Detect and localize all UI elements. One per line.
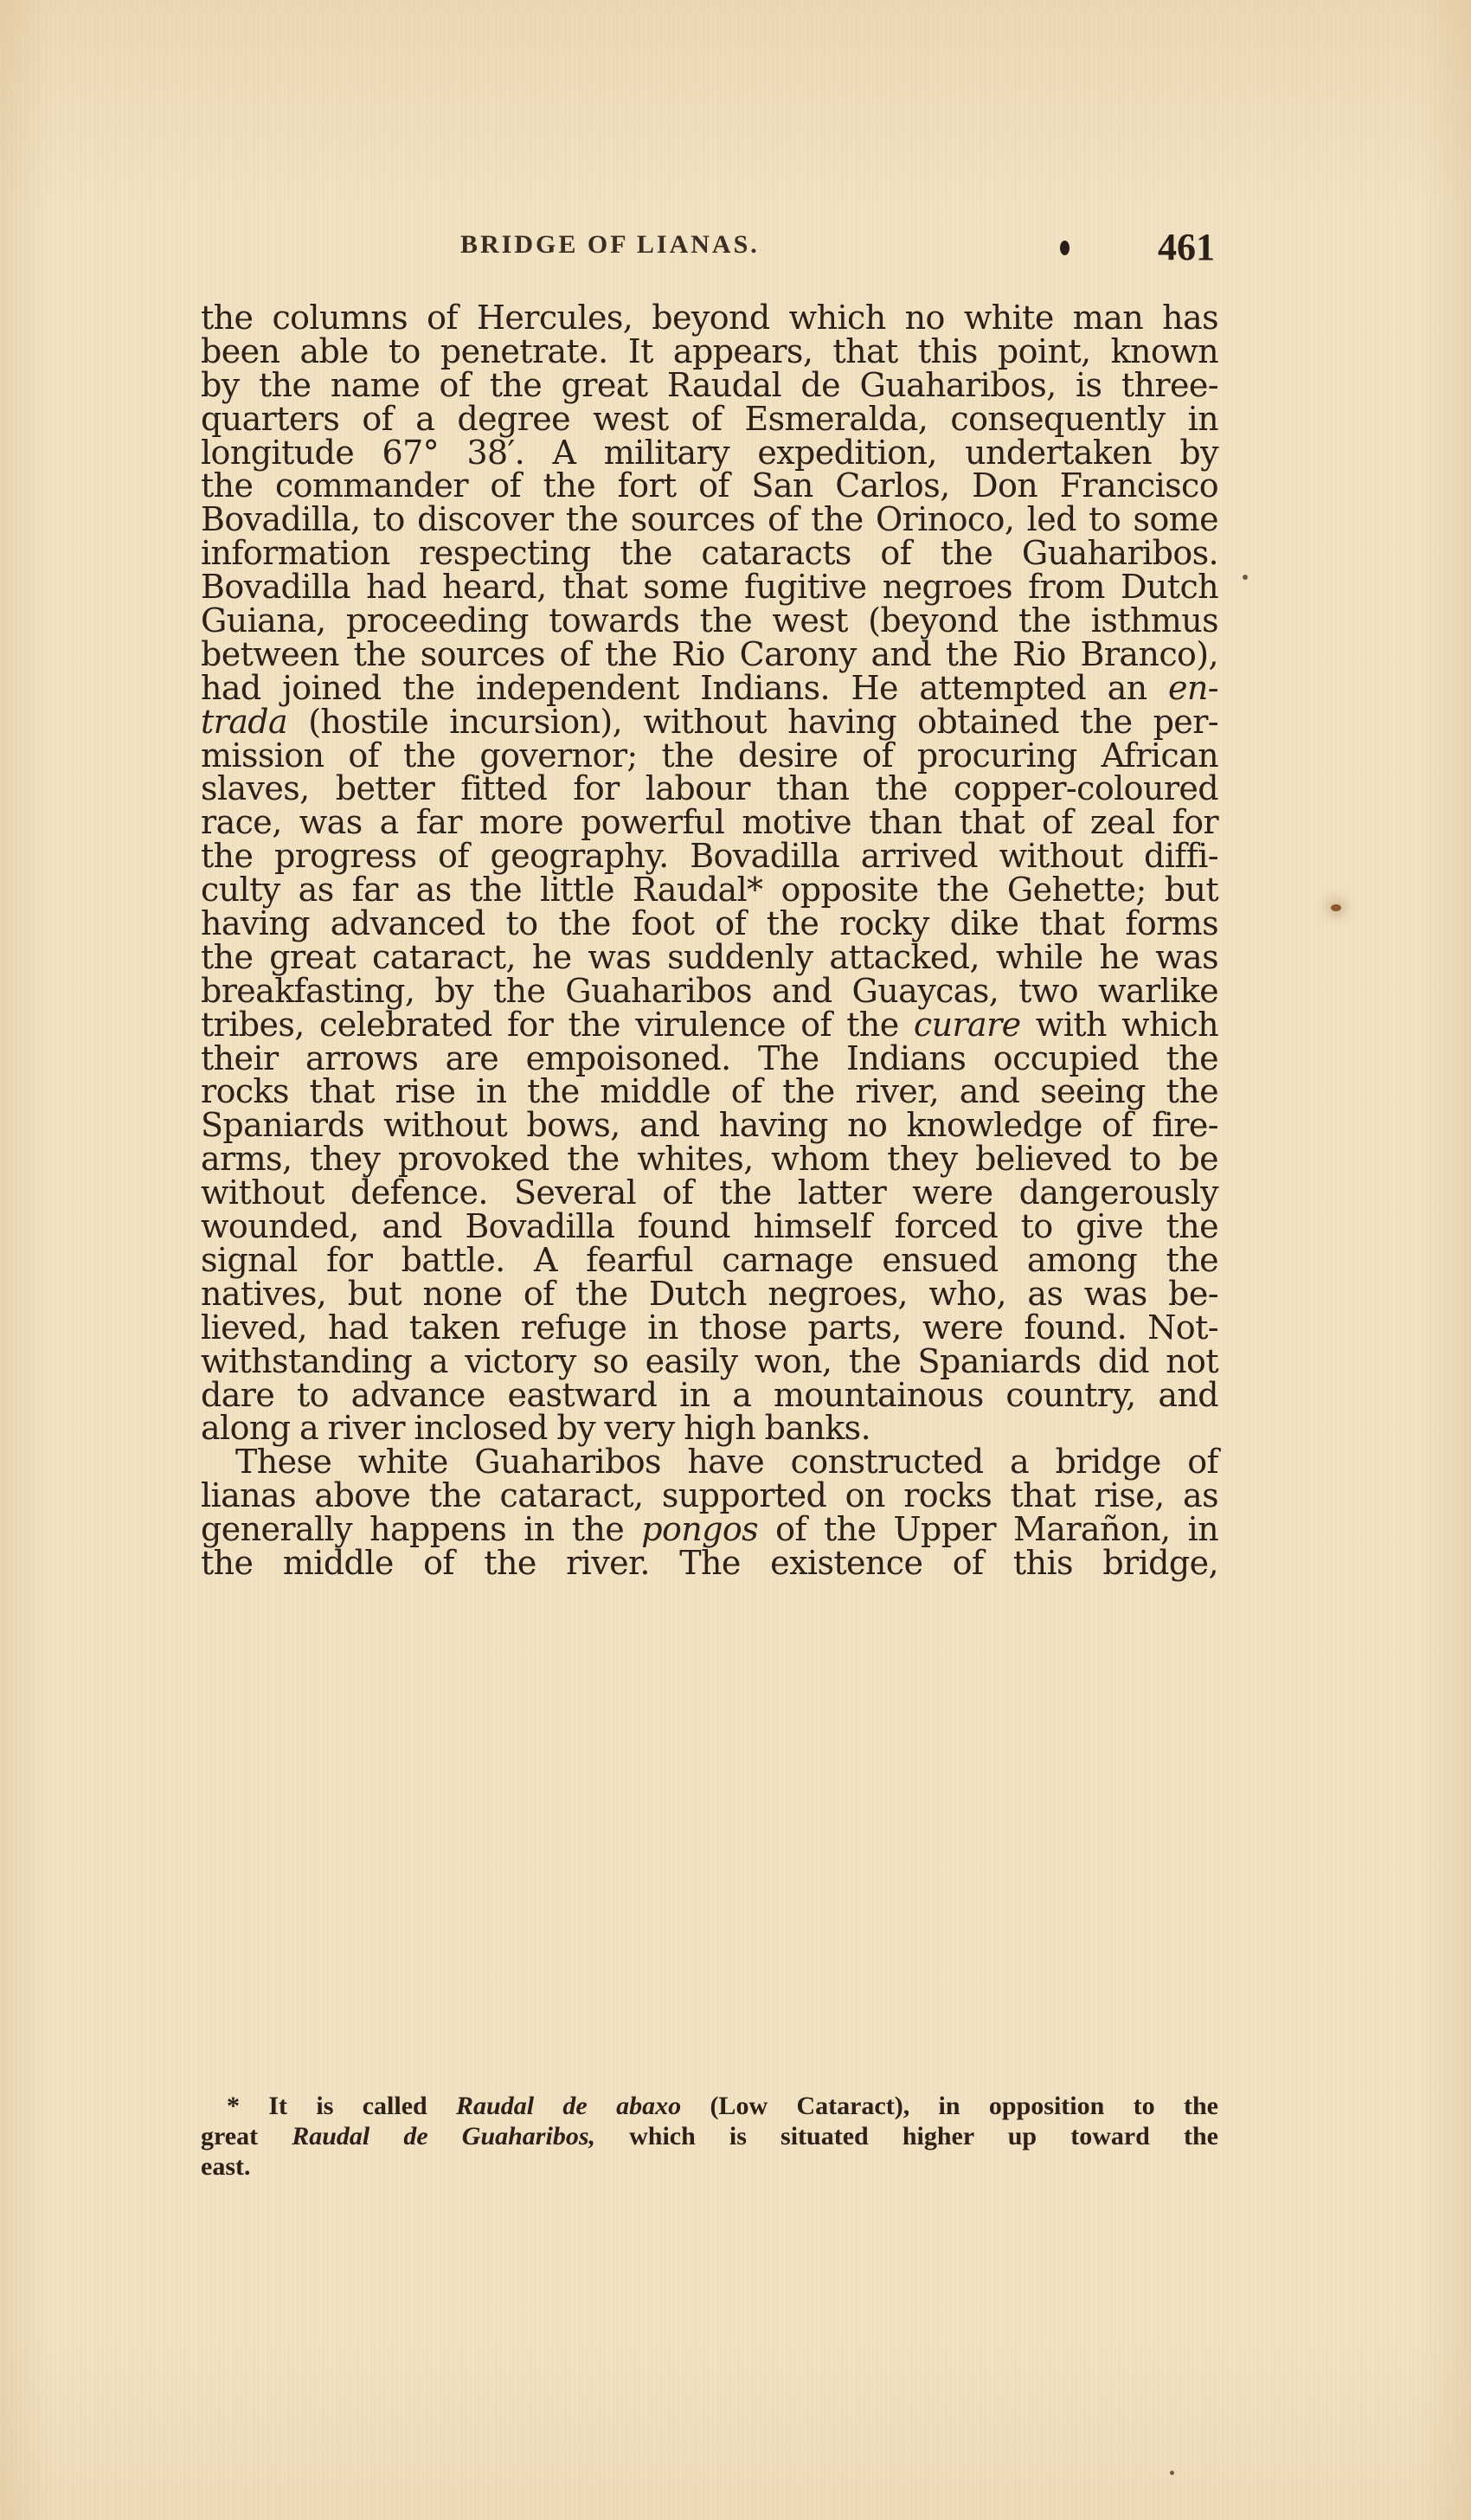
text-segment: generally happens in the [201, 1510, 624, 1548]
paper-stain [1331, 904, 1341, 911]
text-line: the great cataract, he was suddenly atta… [201, 941, 1218, 974]
body-text: the columns of Hercules, beyond which no… [201, 301, 1218, 1580]
footnote-marker: * [227, 2092, 240, 2120]
text-line: breakfasting, by the Guaharibos and Guay… [201, 974, 1218, 1008]
text-line: lieved, had taken refuge in those parts,… [201, 1311, 1218, 1345]
text-line: Bovadilla, to discover the sources of th… [201, 503, 1218, 537]
footnote: * It is called Raudal de abaxo (Low Cata… [201, 2091, 1218, 2182]
text-line: arms, they provoked the whites, whom the… [201, 1142, 1218, 1176]
text-line: tribes, celebrated for the virulence of … [201, 1008, 1218, 1042]
text-line: wounded, and Bovadilla found himself for… [201, 1210, 1218, 1244]
text-line: without defence. Several of the latter w… [201, 1176, 1218, 1210]
italic-word: trada [201, 703, 287, 741]
italic-word: curare [914, 1006, 1021, 1044]
text-segment: (hostile incursion), without having obta… [308, 703, 1218, 741]
text-line: the progress of geography. Bovadilla arr… [201, 839, 1218, 873]
running-title: BRIDGE OF LIANAS. [460, 230, 760, 260]
text-line: between the sources of the Rio Carony an… [201, 638, 1218, 672]
paper-speck [1170, 2471, 1174, 2475]
footnote-text: (Low Cataract), in opposition to the [681, 2092, 1218, 2120]
text-line: longitude 67° 38′. A military expedition… [201, 436, 1218, 470]
text-line: lianas above the cataract, supported on … [201, 1479, 1218, 1513]
footnote-line: great Raudal de Guaharibos, which is sit… [201, 2121, 1218, 2151]
text-line: the middle of the river. The existence o… [201, 1546, 1218, 1580]
page-number: 461 [1158, 225, 1215, 269]
footnote-italic: Raudal de abaxo [456, 2092, 681, 2120]
footnote-italic: Raudal de Guaharibos, [292, 2122, 595, 2150]
text-line: the columns of Hercules, beyond which no… [201, 301, 1218, 335]
text-segment: tribes, celebrated for the virulence of … [201, 1006, 899, 1044]
text-line: information respecting the cataracts of … [201, 537, 1218, 570]
footnote-text: great [201, 2122, 292, 2150]
text-line: rocks that rise in the middle of the riv… [201, 1075, 1218, 1109]
text-line: signal for battle. A fearful carnage ens… [201, 1244, 1218, 1277]
text-line: along a river inclosed by very high bank… [201, 1411, 1218, 1445]
paper-speck [1243, 575, 1248, 580]
text-line: natives, but none of the Dutch negroes, … [201, 1277, 1218, 1311]
text-line: These white Guaharibos have constructed … [201, 1445, 1218, 1479]
text-line: Bovadilla had heard, that some fugitive … [201, 570, 1218, 604]
text-line: having advanced to the foot of the rocky… [201, 907, 1218, 941]
footnote-line: * It is called Raudal de abaxo (Low Cata… [201, 2091, 1218, 2121]
text-segment: of the Upper Marañon, in [758, 1510, 1218, 1548]
text-line: their arrows are empoisoned. The Indians… [201, 1042, 1218, 1076]
text-line: Guiana, proceeding towards the west (bey… [201, 604, 1218, 638]
text-line: generally happens in the pongos of the U… [201, 1513, 1218, 1546]
italic-word: en- [1168, 669, 1218, 707]
text-segment: had joined the independent Indians. He a… [201, 669, 1147, 707]
text-line: the commander of the fort of San Carlos,… [201, 469, 1218, 503]
text-line: quarters of a degree west of Esmeralda, … [201, 402, 1218, 436]
footnote-line: east. [201, 2151, 1218, 2182]
text-line: race, was a far more powerful motive tha… [201, 806, 1218, 839]
text-line: culty as far as the little Raudal* oppos… [201, 873, 1218, 907]
footnote-text: which is situated higher up toward the [595, 2122, 1218, 2150]
running-head: BRIDGE OF LIANAS. 461 [201, 227, 1218, 270]
ink-dot [1060, 241, 1070, 255]
text-line: been able to penetrate. It appears, that… [201, 335, 1218, 369]
text-line: slaves, better fitted for labour than th… [201, 772, 1218, 806]
text-line: Spaniards without bows, and having no kn… [201, 1109, 1218, 1142]
footnote-text: It is called [240, 2092, 456, 2120]
text-line: dare to advance eastward in a mountainou… [201, 1379, 1218, 1412]
text-line: withstanding a victory so easily won, th… [201, 1345, 1218, 1379]
text-segment: with which [1021, 1006, 1218, 1044]
italic-word: pongos [641, 1510, 758, 1548]
text-line: by the name of the great Raudal de Guaha… [201, 369, 1218, 402]
text-line: had joined the independent Indians. He a… [201, 672, 1218, 705]
text-line: mission of the governor; the desire of p… [201, 739, 1218, 773]
text-line: trada (hostile incursion), without havin… [201, 705, 1218, 739]
